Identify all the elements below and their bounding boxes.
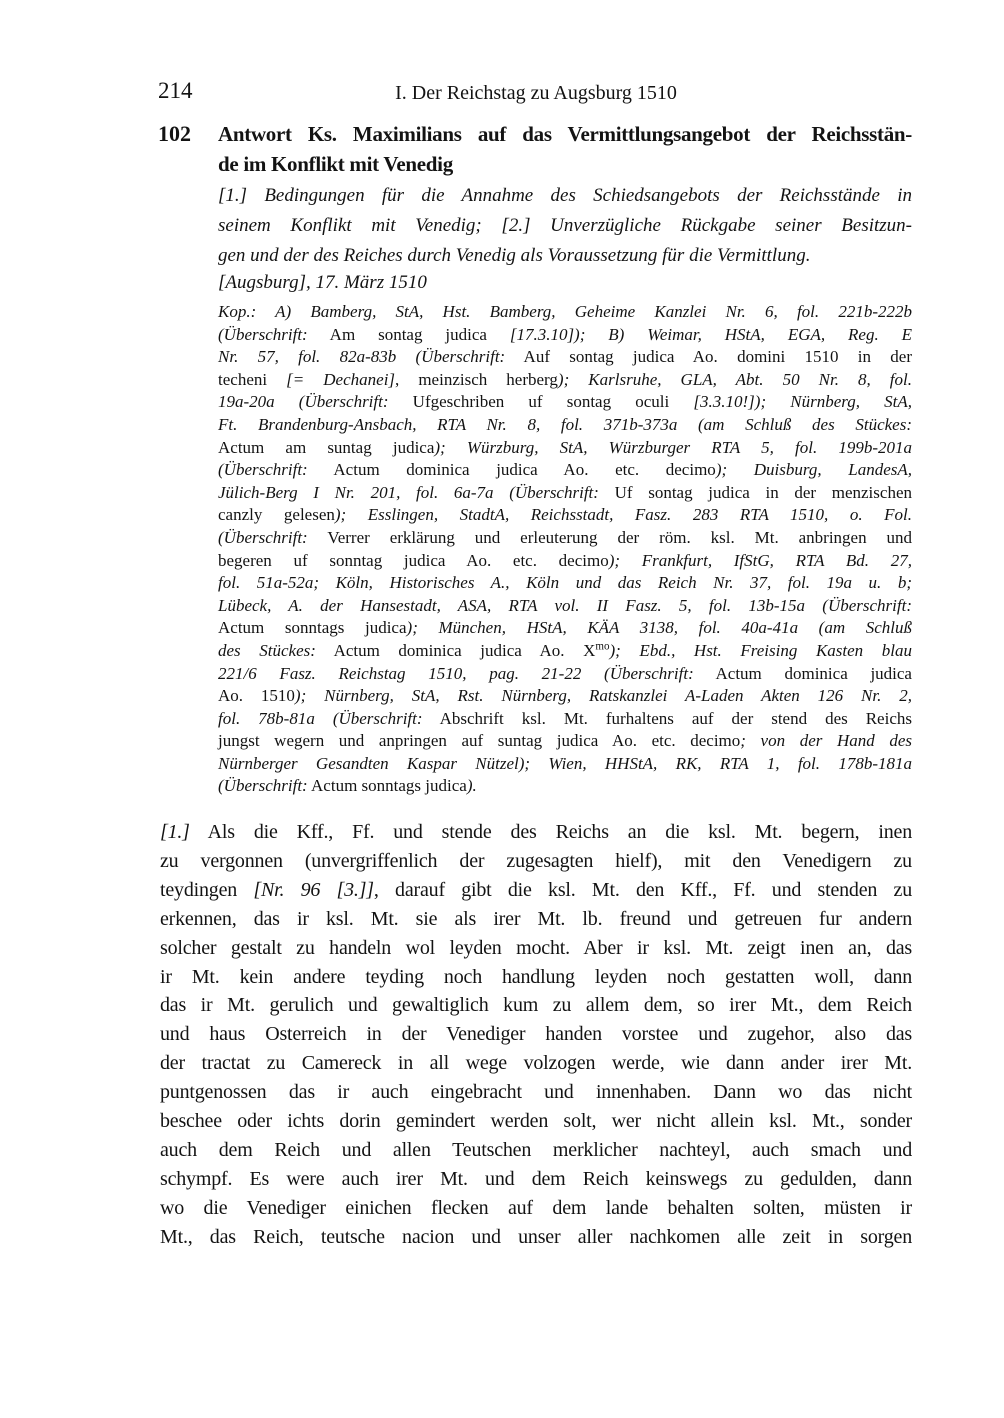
text-line: und haus Osterreich in der Venediger han… xyxy=(160,1020,912,1049)
text-line: teydingen [Nr. 96 [3.]], darauf gibt die… xyxy=(160,876,912,905)
text-line: puntgenossen das ir auch eingebracht und… xyxy=(160,1078,912,1107)
text-line: Antwort Ks. Maximilians auf das Vermittl… xyxy=(218,119,912,149)
text-line: das ir Mt. gerulich und gewaltiglich kum… xyxy=(160,991,912,1020)
text-line: (Überschrift: Am sontag judica [17.3.10]… xyxy=(218,324,912,347)
text-line: begeren uf sonntag judica Ao. etc. decim… xyxy=(218,550,912,573)
text-line: Lübeck, A. der Hansestadt, ASA, RTA vol.… xyxy=(218,595,912,618)
text-line: solcher gestalt zu handeln wol leyden mo… xyxy=(160,934,912,963)
text-line: auch dem Reich und allen Teutschen merkl… xyxy=(160,1136,912,1165)
entry-summary: [1.] Bedingungen für die Annahme des Sch… xyxy=(218,181,912,271)
text-line: erkennen, das ir ksl. Mt. sie als irer M… xyxy=(160,905,912,934)
text-line: seinem Konflikt mit Venedig; [2.] Unverz… xyxy=(218,211,912,241)
text-line: 19a-20a (Überschrift: Ufgeschriben uf so… xyxy=(218,391,912,414)
text-line: canzly gelesen); Esslingen, StadtA, Reic… xyxy=(218,504,912,527)
text-line: de im Konflikt mit Venedig xyxy=(218,149,912,179)
text-line: jungst wegern und anpringen auf suntag j… xyxy=(218,730,912,753)
text-line: (Überschrift: Actum dominica judica Ao. … xyxy=(218,459,912,482)
text-line: Actum sonntags judica); München, HStA, K… xyxy=(218,617,912,640)
text-line: fol. 51a-52a; Köln, Historisches A., Köl… xyxy=(218,572,912,595)
text-line: techeni [= Dechanei], meinzisch herberg)… xyxy=(218,369,912,392)
text-line: gen und der des Reiches durch Venedig al… xyxy=(218,241,912,271)
text-line: zu vergonnen (unvergriffenlich der zuges… xyxy=(160,847,912,876)
text-line: beschee oder ichts dorin gemindert werde… xyxy=(160,1107,912,1136)
text-line: Jülich-Berg I Nr. 201, fol. 6a-7a (Übers… xyxy=(218,482,912,505)
text-line: (Überschrift: Actum sonntags judica). xyxy=(218,775,912,798)
text-line: [1.] Als die Kff., Ff. und stende des Re… xyxy=(160,818,912,847)
entry-title: Antwort Ks. Maximilians auf das Vermittl… xyxy=(218,119,912,179)
text-line: ir Mt. kein andere teyding noch handlung… xyxy=(160,963,912,992)
text-line: Ft. Brandenburg-Ansbach, RTA Nr. 8, fol.… xyxy=(218,414,912,437)
entry-body-text: [1.] Als die Kff., Ff. und stende des Re… xyxy=(160,818,912,1252)
text-line: 221/6 Fasz. Reichstag 1510, pag. 21-22 (… xyxy=(218,663,912,686)
text-line: Mt., das Reich, teutsche nacion und unse… xyxy=(160,1223,912,1252)
source-note-kop: Kop.: A) Bamberg, StA, Hst. Bamberg, Geh… xyxy=(218,301,912,798)
running-head: I. Der Reichstag zu Augsburg 1510 xyxy=(160,81,912,105)
text-line: Nr. 57, fol. 82a-83b (Überschrift: Auf s… xyxy=(218,346,912,369)
text-line: des Stückes: Actum dominica judica Ao. X… xyxy=(218,640,912,663)
text-line: Actum am suntag judica); Würzburg, StA, … xyxy=(218,437,912,460)
text-line: (Überschrift: Verrer erklärung und erleu… xyxy=(218,527,912,550)
book-page: 214 I. Der Reichstag zu Augsburg 1510 10… xyxy=(0,0,1004,1418)
text-line: der tractat zu Camereck in all wege volz… xyxy=(160,1049,912,1078)
entry-number: 102 xyxy=(158,119,191,149)
text-line: Kop.: A) Bamberg, StA, Hst. Bamberg, Geh… xyxy=(218,301,912,324)
text-line: wo die Venediger einichen flecken auf de… xyxy=(160,1194,912,1223)
text-line: schympf. Es were auch irer Mt. und dem R… xyxy=(160,1165,912,1194)
text-line: fol. 78b-81a (Überschrift: Abschrift ksl… xyxy=(218,708,912,731)
text-line: Ao. 1510); Nürnberg, StA, Rst. Nürnberg,… xyxy=(218,685,912,708)
text-line: Nürnberger Gesandten Kaspar Nützel); Wie… xyxy=(218,753,912,776)
entry-dateline: [Augsburg], 17. März 1510 xyxy=(218,268,912,298)
text-line: [1.] Bedingungen für die Annahme des Sch… xyxy=(218,181,912,211)
